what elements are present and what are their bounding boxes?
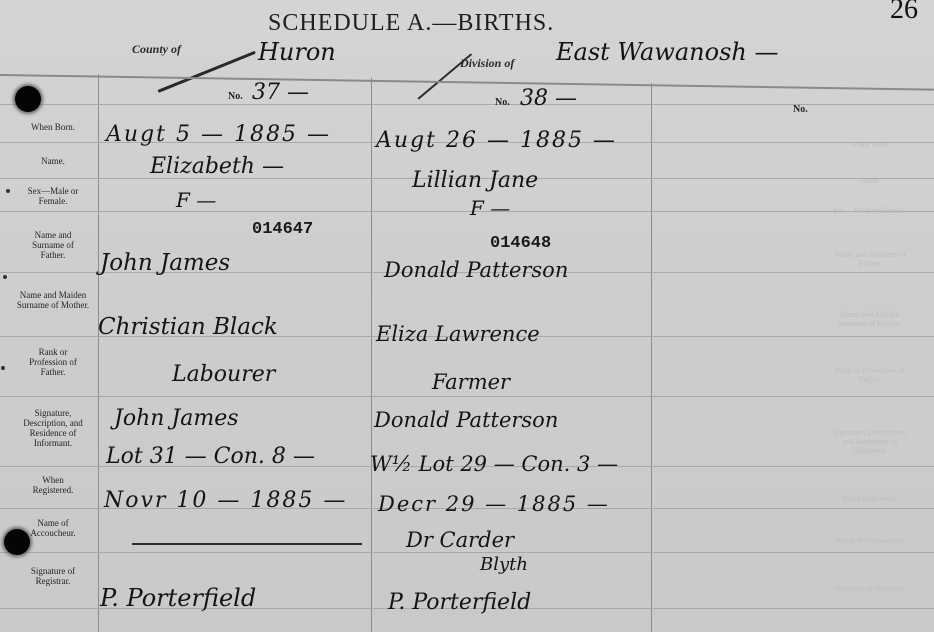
label-registrar: Signature of Registrar.: [8, 566, 98, 586]
ink-check-stroke: [417, 53, 472, 100]
header-rule: [0, 74, 934, 91]
entry-father: John James: [100, 250, 230, 276]
bleed-through-label: When Born.: [830, 140, 910, 149]
row-rule: [0, 552, 934, 553]
column-divider: [98, 74, 99, 632]
bleed-through-label: Name.: [830, 176, 910, 185]
entry-mother: Eliza Lawrence: [376, 322, 540, 346]
division-value: East Wawanosh —: [556, 38, 778, 66]
bleed-through-label: Name of Accoucheur.: [830, 536, 910, 545]
entry-accoucheur: Dr Carder: [406, 528, 514, 552]
record-stamp: 014648: [490, 234, 551, 253]
entry-name: Elizabeth —: [150, 154, 284, 179]
entry-profession: Farmer: [432, 370, 510, 394]
entry-when-registered: Decr 29 — 1885 —: [378, 492, 610, 516]
bleed-through-label: Name and Surname of Father.: [830, 250, 910, 268]
entry-number: 37 —: [252, 80, 309, 105]
entry-informant-name: John James: [114, 406, 239, 431]
entry-accoucheur-blank-line: [132, 543, 362, 545]
row-rule: [0, 396, 934, 397]
entry-mother: Christian Black: [98, 314, 278, 340]
entry-no-label: No.: [495, 97, 510, 108]
label-accoucheur: Name of Accoucheur.: [8, 518, 98, 538]
entry-no-label: No.: [793, 104, 808, 115]
label-sex: Sex—Male or Female.: [8, 186, 98, 206]
row-rule: [0, 211, 934, 212]
entry-informant-residence: W½ Lot 29 — Con. 3 —: [370, 452, 618, 476]
column-divider: [651, 83, 652, 632]
entry-number: 38 —: [520, 86, 577, 111]
entry-sex: F —: [470, 196, 510, 220]
column-divider: [371, 78, 372, 632]
entry-registrar: P. Porterfield: [100, 584, 256, 612]
entry-informant-name: Donald Patterson: [374, 408, 558, 432]
birth-register-page: SCHEDULE A.—BIRTHS. 26 County of Huron D…: [0, 0, 934, 632]
bleed-through-label: Signature, Description, and Residence of…: [830, 428, 910, 455]
entry-when-born: Augt 26 — 1885 —: [376, 128, 617, 153]
bleed-through-label: Sex—Male or Female.: [830, 206, 910, 215]
entry-profession: Labourer: [172, 362, 275, 387]
label-when-registered: When Registered.: [8, 475, 98, 495]
county-label: County of: [132, 42, 181, 57]
ink-check-stroke: [157, 51, 255, 93]
entry-when-registered: Novr 10 — 1885 —: [104, 488, 347, 513]
speck: [1, 366, 5, 370]
label-mother: Name and Maiden Surname of Mother.: [8, 290, 98, 310]
label-informant: Signature, Description, and Residence of…: [8, 408, 98, 448]
label-name: Name.: [8, 156, 98, 166]
county-value: Huron: [258, 38, 336, 66]
entry-name: Lillian Jane: [412, 168, 538, 193]
entry-accoucheur-place: Blyth: [480, 554, 528, 575]
entry-sex: F —: [176, 188, 216, 212]
bleed-through-label: When Registered.: [830, 494, 910, 503]
bleed-through-label: Rank or Profession of Father.: [830, 366, 910, 384]
label-when-born: When Born.: [8, 122, 98, 132]
entry-when-born: Augt 5 — 1885 —: [106, 122, 331, 147]
bleed-through-label: Name and Maiden Surname of Mother.: [830, 310, 910, 328]
division-label: Division of: [460, 56, 514, 71]
binder-hole: [15, 86, 41, 112]
page-number: 26: [890, 0, 918, 26]
label-father: Name and Surname of Father.: [8, 230, 98, 260]
label-profession: Rank or Profession of Father.: [8, 347, 98, 377]
bleed-through-label: Signature of Registrar.: [830, 584, 910, 593]
record-stamp: 014647: [252, 220, 313, 239]
entry-registrar: P. Porterfield: [388, 590, 531, 615]
speck: [3, 275, 7, 279]
entry-no-label: No.: [228, 91, 243, 102]
schedule-title: SCHEDULE A.—BIRTHS.: [268, 10, 554, 37]
entry-father: Donald Patterson: [384, 258, 568, 282]
entry-informant-residence: Lot 31 — Con. 8 —: [106, 444, 315, 469]
